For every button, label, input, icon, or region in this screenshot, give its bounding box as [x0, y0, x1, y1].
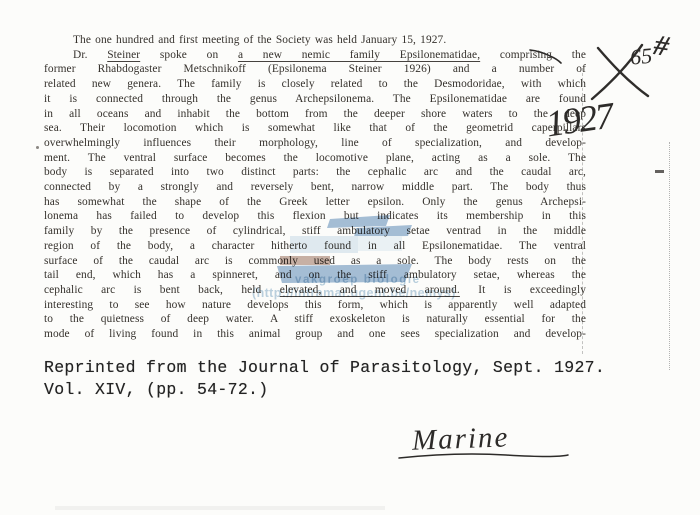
- body-line: to the quietness of deep water. A stiff …: [44, 312, 586, 327]
- body-line: has somewhat the shape of the Greek lett…: [44, 195, 586, 210]
- body-line-elevated: cephalic arc is bent back, held elevated…: [44, 283, 586, 298]
- body-line-dr-steiner: Dr. Steiner spoke on a new nemic family …: [44, 48, 586, 63]
- handwritten-tick-mark: [528, 46, 564, 66]
- reprint-line-1: Reprinted from the Journal of Parasitolo…: [44, 357, 605, 379]
- body-line: it is connected through the genus Archep…: [44, 92, 586, 107]
- body-text-segment: Dr.: [73, 49, 107, 61]
- body-line: The one hundred and first meeting of the…: [44, 33, 586, 48]
- body-line: in all oceans and inhabit the bottom fro…: [44, 107, 586, 122]
- handwritten-price-65: 65#: [629, 36, 669, 72]
- ink-speck: [36, 146, 39, 149]
- handwritten-year-1927: 1927: [543, 95, 614, 147]
- reprint-citation: Reprinted from the Journal of Parasitolo…: [44, 357, 605, 400]
- price-hash-symbol: #: [652, 29, 671, 64]
- body-line: surface of the caudal arc is commonly us…: [44, 254, 586, 269]
- ink-speck: [655, 170, 664, 173]
- marine-underline-stroke: [396, 449, 572, 463]
- body-text-segment: cephalic arc is bent back, held: [44, 284, 280, 296]
- body-line: tail end, which has a spinneret, and on …: [44, 268, 586, 283]
- body-line: sea. Their locomotion which is somewhat …: [44, 121, 586, 136]
- body-line: former Rhabdogaster Metschnikoff (Epsilo…: [44, 62, 586, 77]
- body-line: ment. The ventral surface becomes the lo…: [44, 151, 586, 166]
- body-line: family by the presence of cylindrical, s…: [44, 224, 586, 239]
- margin-dotted-line: [669, 142, 670, 370]
- underlined-family-name: a new nemic family Epsilonematidae,: [238, 49, 480, 61]
- body-line: related new genera. The family is closel…: [44, 77, 586, 92]
- body-line: mode of living found in this animal grou…: [44, 327, 586, 342]
- scanned-document-page: The one hundred and first meeting of the…: [0, 0, 700, 515]
- body-line: overwhelmingly influences their morpholo…: [44, 136, 586, 151]
- body-line: body is separated into two distinct part…: [44, 165, 586, 180]
- body-line: interesting to see how nature develops t…: [44, 298, 586, 313]
- printed-body-text: The one hundred and first meeting of the…: [44, 33, 586, 342]
- underlined-elevated: elevated, and moved around.: [280, 284, 460, 296]
- underlined-steiner: Steiner: [107, 49, 140, 61]
- body-line: lonema has failed to develop this flexio…: [44, 209, 586, 224]
- scan-smudge: [55, 506, 385, 510]
- body-line: region of the body, a character hitherto…: [44, 239, 586, 254]
- reprint-line-2: Vol. XIV, (pp. 54-72.): [44, 379, 605, 401]
- body-text-segment: It is exceedingly: [460, 284, 586, 296]
- price-number: 65: [629, 43, 653, 70]
- body-line: connected by a strongly and reversely be…: [44, 180, 586, 195]
- body-text-segment: spoke on: [140, 49, 238, 61]
